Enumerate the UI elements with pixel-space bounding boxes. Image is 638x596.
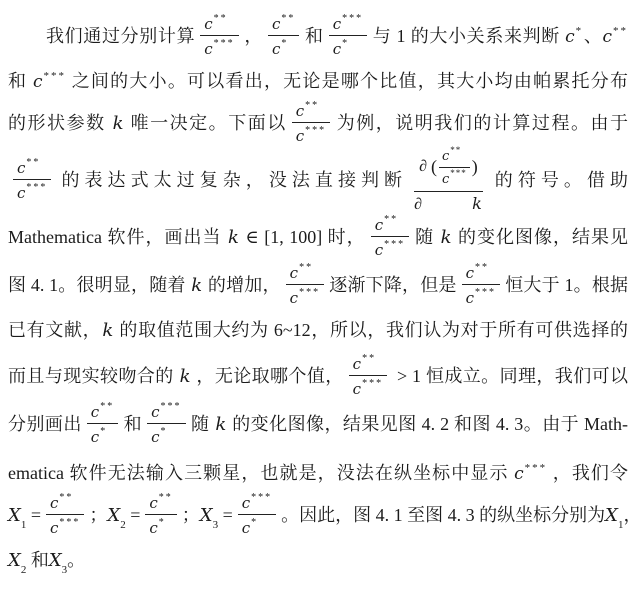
fraction-numerator: c** bbox=[292, 100, 330, 123]
c-variable-with-stars: c*** bbox=[204, 38, 234, 58]
fraction-numerator: c** bbox=[46, 492, 84, 515]
chi-subscript: 1 bbox=[618, 519, 624, 531]
text-run: ，我们令 bbox=[547, 463, 628, 483]
c-variable-with-stars: c** bbox=[466, 262, 489, 282]
stars-superscript: ** bbox=[475, 262, 489, 273]
fraction-numerator: c*** bbox=[147, 401, 185, 424]
text-run: 之间的大小。可以看出，无论是哪个比值，其大小均由帕累托分布 bbox=[66, 71, 628, 91]
fraction-denominator: c* bbox=[147, 424, 185, 447]
stars-superscript: * bbox=[576, 25, 584, 37]
c-variable: c bbox=[33, 72, 43, 92]
stars-superscript: *** bbox=[251, 492, 272, 503]
text-line: 和 c*** 之间的大小。可以看出，无论是哪个比值，其大小均由帕累托分布 bbox=[8, 56, 628, 99]
text-run: > 1 恒成立。同理，我们可以 bbox=[392, 366, 628, 386]
fraction: c***c* bbox=[329, 13, 367, 58]
fraction: c**c*** bbox=[286, 262, 324, 307]
stars-superscript: *** bbox=[43, 70, 66, 82]
left-paren: ( bbox=[431, 156, 437, 176]
fraction-denominator: c*** bbox=[292, 123, 330, 146]
c-variable: c bbox=[290, 264, 298, 282]
stars-superscript: ** bbox=[59, 492, 73, 503]
c-variable: c bbox=[333, 40, 341, 58]
chi-subscript: 3 bbox=[213, 519, 219, 531]
text-run: 和 bbox=[304, 26, 323, 46]
c-variable: c bbox=[466, 289, 474, 307]
fraction: c**c*** bbox=[349, 353, 387, 398]
text-run: 逐渐下降，但是 bbox=[329, 275, 457, 295]
c-variable-with-stars: c** bbox=[50, 492, 73, 512]
c-variable-with-stars: c*** bbox=[290, 287, 320, 307]
chi-subscript: 3 bbox=[62, 564, 68, 576]
c-variable-with-stars: c*** bbox=[296, 125, 326, 145]
text-line: 的形状参数 k 唯一决定。下面以c**c***为例，说明我们的计算过程。由于 bbox=[8, 99, 628, 147]
fraction-denominator: c*** bbox=[439, 168, 470, 189]
chi-symbol: X2 bbox=[107, 505, 125, 525]
chi-symbol: X3 bbox=[200, 505, 218, 525]
fraction-numerator: c** bbox=[439, 146, 470, 168]
stars-superscript: *** bbox=[342, 13, 363, 24]
fraction-denominator: c*** bbox=[371, 237, 409, 260]
text-run: = bbox=[126, 505, 141, 525]
text-run: 的表达式太过复杂，没法直接判断 bbox=[56, 170, 407, 190]
fraction-numerator: c** bbox=[268, 13, 299, 36]
c-variable: c bbox=[290, 289, 298, 307]
text-line: 我们通过分别计算c**c***，c**c*和c***c*与 1 的大小关系来判断… bbox=[8, 8, 628, 56]
chi-letter: X bbox=[8, 550, 21, 571]
stars-superscript: * bbox=[251, 517, 258, 528]
fraction: c**c* bbox=[268, 13, 299, 58]
c-variable-with-stars: c*** bbox=[33, 71, 66, 91]
stars-superscript: ** bbox=[362, 353, 376, 364]
text-run: 的变化图像，结果见图 4. 2 和图 4. 3。由于 Math- bbox=[227, 414, 628, 434]
stars-superscript: *** bbox=[525, 462, 548, 474]
c-variable: c bbox=[565, 27, 575, 47]
fraction-numerator: c*** bbox=[238, 492, 276, 515]
c-variable: c bbox=[17, 184, 25, 202]
text-run: 和 bbox=[8, 71, 33, 91]
right-paren: ) bbox=[472, 156, 478, 176]
c-variable-with-stars: c*** bbox=[17, 182, 47, 202]
document-page: 我们通过分别计算c**c***，c**c*和c***c*与 1 的大小关系来判断… bbox=[0, 0, 638, 582]
stars-superscript: *** bbox=[305, 125, 326, 136]
variable-k: k bbox=[227, 227, 240, 248]
stars-superscript: ** bbox=[214, 13, 228, 24]
text-run: 而且与现实较吻合的 bbox=[8, 366, 179, 386]
c-variable: c bbox=[296, 127, 304, 145]
stars-superscript: * bbox=[342, 38, 349, 49]
fraction-denominator: c*** bbox=[286, 285, 324, 308]
c-variable: c bbox=[514, 464, 524, 484]
fraction-denominator: c*** bbox=[349, 376, 387, 399]
fraction-denominator: c* bbox=[238, 515, 276, 538]
c-variable-with-stars: c** bbox=[17, 157, 40, 177]
fraction: c**c*** bbox=[13, 157, 51, 202]
fraction: c***c* bbox=[147, 401, 185, 446]
text-run: ，无论取哪个值， bbox=[192, 366, 344, 386]
fraction-numerator: c** bbox=[87, 401, 118, 424]
stars-superscript: *** bbox=[384, 239, 405, 250]
text-run: 的符号。借助 bbox=[490, 170, 628, 190]
c-variable: c bbox=[442, 172, 449, 187]
text-run: ， bbox=[624, 505, 638, 525]
c-variable-with-stars: c** bbox=[442, 147, 461, 164]
c-variable: c bbox=[272, 40, 280, 58]
stars-superscript: *** bbox=[26, 182, 47, 193]
variable-k: k bbox=[190, 275, 203, 296]
chi-letter: X bbox=[200, 505, 213, 526]
text-run: 随 bbox=[414, 227, 440, 247]
fraction: c**c*** bbox=[200, 13, 238, 58]
stars-superscript: * bbox=[100, 426, 107, 437]
fraction-numerator: c** bbox=[371, 214, 409, 237]
fraction-numerator: c** bbox=[200, 13, 238, 36]
text-run: Mathematica 软件，画出当 bbox=[8, 227, 227, 247]
c-variable-with-stars: c*** bbox=[466, 287, 496, 307]
c-variable-with-stars: c** bbox=[149, 492, 172, 512]
c-variable: c bbox=[151, 428, 159, 446]
text-run: 。 bbox=[67, 550, 85, 570]
c-variable-with-stars: c*** bbox=[353, 378, 383, 398]
fraction: c**c*** bbox=[462, 262, 500, 307]
c-variable-with-stars: c* bbox=[91, 426, 107, 446]
stars-superscript: ** bbox=[281, 13, 295, 24]
c-variable: c bbox=[149, 494, 157, 512]
c-variable: c bbox=[375, 216, 383, 234]
c-variable-with-stars: c* bbox=[151, 426, 167, 446]
fraction: c**c*** bbox=[46, 492, 84, 537]
text-run: = bbox=[218, 505, 233, 525]
c-variable-with-stars: c** bbox=[375, 214, 398, 234]
text-run: = bbox=[26, 505, 41, 525]
variable-k: k bbox=[112, 113, 125, 134]
c-variable: c bbox=[151, 403, 159, 421]
text-run: 和 bbox=[26, 550, 49, 570]
stars-superscript: ** bbox=[100, 401, 114, 412]
c-variable: c bbox=[50, 494, 58, 512]
text-run: ； bbox=[89, 505, 107, 525]
text-run: ， bbox=[244, 26, 263, 46]
text-run: 我们通过分别计算 bbox=[46, 26, 195, 46]
fraction: c**c* bbox=[145, 492, 176, 537]
fraction-numerator: c*** bbox=[329, 13, 367, 36]
c-variable: c bbox=[91, 428, 99, 446]
stars-superscript: *** bbox=[161, 401, 182, 412]
fraction: c***c* bbox=[238, 492, 276, 537]
stars-superscript: *** bbox=[59, 517, 80, 528]
pfrac-numerator: ∂ (c**c***) bbox=[414, 146, 483, 191]
c-variable: c bbox=[353, 355, 361, 373]
stars-superscript: ** bbox=[26, 157, 40, 168]
stars-superscript: *** bbox=[362, 378, 383, 389]
fraction-denominator: c*** bbox=[200, 36, 238, 59]
c-variable: c bbox=[50, 519, 58, 537]
stars-superscript: * bbox=[159, 517, 166, 528]
stars-superscript: *** bbox=[450, 168, 467, 178]
c-variable-with-stars: c** bbox=[290, 262, 313, 282]
chi-symbol: X3 bbox=[49, 550, 67, 570]
chi-letter: X bbox=[107, 505, 120, 526]
c-variable-with-stars: c*** bbox=[242, 492, 272, 512]
c-variable-with-stars: c** bbox=[296, 100, 319, 120]
text-line: 已有文献，k 的取值范围大约为 6~12，所以，我们认为对于所有可供选择的 bbox=[8, 309, 628, 352]
c-variable: c bbox=[353, 380, 361, 398]
text-run: 的增加， bbox=[203, 275, 280, 295]
fraction: c**c*** bbox=[371, 214, 409, 259]
text-run: 的变化图像，结果见 bbox=[453, 227, 629, 247]
text-run: 已有文献， bbox=[8, 320, 101, 340]
c-variable: c bbox=[466, 264, 474, 282]
variable-k: k bbox=[101, 320, 114, 341]
chi-letter: X bbox=[605, 505, 618, 526]
fraction-denominator: c*** bbox=[462, 285, 500, 308]
stars-superscript: * bbox=[281, 38, 288, 49]
c-variable-with-stars: c* bbox=[272, 38, 288, 58]
c-variable: c bbox=[602, 27, 612, 47]
fraction-numerator: c** bbox=[13, 157, 51, 180]
pfrac-denominator: ∂ k bbox=[414, 192, 483, 214]
variable-k: k bbox=[214, 414, 227, 435]
fraction: c**c*** bbox=[439, 146, 470, 188]
text-run: 、 bbox=[583, 26, 602, 46]
text-run: 唯一决定。下面以 bbox=[125, 113, 287, 133]
c-variable: c bbox=[91, 403, 99, 421]
chi-subscript: 2 bbox=[21, 564, 27, 576]
c-variable-with-stars: c*** bbox=[50, 517, 80, 537]
variable-k: k bbox=[440, 227, 453, 248]
text-run: 分别画出 bbox=[8, 414, 82, 434]
c-variable-with-stars: c*** bbox=[442, 170, 467, 187]
text-run: 随 bbox=[191, 414, 215, 434]
c-variable-with-stars: c** bbox=[272, 13, 295, 33]
chi-letter: X bbox=[49, 550, 62, 571]
stars-superscript: *** bbox=[475, 287, 496, 298]
text-run: ematica 软件无法输入三颗星，也就是，没法在纵坐标中显示 bbox=[8, 463, 514, 483]
text-line: Mathematica 软件，画出当 k ∈ [1, 100] 时，c**c**… bbox=[8, 213, 628, 261]
fraction-denominator: c*** bbox=[13, 180, 51, 203]
fraction: c**c*** bbox=[292, 100, 330, 145]
stars-superscript: ** bbox=[159, 492, 173, 503]
c-variable-with-stars: c* bbox=[242, 517, 258, 537]
text-run: 与 1 的大小关系来判断 bbox=[372, 26, 565, 46]
text-run: ； bbox=[182, 505, 200, 525]
text-line: X2 和X3。 bbox=[8, 539, 628, 582]
stars-superscript: ** bbox=[305, 100, 319, 111]
c-variable-with-stars: c* bbox=[149, 517, 165, 537]
c-variable: c bbox=[242, 519, 250, 537]
fraction-denominator: c* bbox=[87, 424, 118, 447]
c-variable: c bbox=[204, 40, 212, 58]
chi-symbol: X2 bbox=[8, 550, 26, 570]
text-run: ∈ [1, 100] 时， bbox=[240, 227, 366, 247]
c-variable-with-stars: c** bbox=[602, 26, 628, 46]
chi-subscript: 1 bbox=[21, 519, 27, 531]
partial-symbol: ∂ bbox=[419, 158, 431, 175]
fraction: c**c* bbox=[87, 401, 118, 446]
text-line: c**c***的表达式太过复杂，没法直接判断∂ (c**c***)∂ k的符号。… bbox=[8, 147, 628, 213]
chi-subscript: 2 bbox=[120, 519, 126, 531]
variable-k: k bbox=[471, 194, 483, 213]
c-variable-with-stars: c** bbox=[91, 401, 114, 421]
text-run: 。因此，图 4. 1 至图 4. 3 的纵坐标分别为 bbox=[281, 505, 605, 525]
text-line: X1 =c**c***；X2 =c**c*；X3 =c***c*。因此，图 4.… bbox=[8, 491, 628, 539]
text-run: 图 4. 1。很明显，随着 bbox=[8, 275, 190, 295]
c-variable: c bbox=[272, 15, 280, 33]
c-variable-with-stars: c*** bbox=[375, 239, 405, 259]
c-variable-with-stars: c** bbox=[353, 353, 376, 373]
chi-symbol: X1 bbox=[605, 505, 623, 525]
c-variable-with-stars: c*** bbox=[514, 463, 547, 483]
c-variable: c bbox=[333, 15, 341, 33]
text-run: 的取值范围大约为 6~12，所以，我们认为对于所有可供选择的 bbox=[114, 320, 628, 340]
fraction-numerator: c** bbox=[349, 353, 387, 376]
stars-superscript: ** bbox=[613, 25, 628, 37]
c-variable: c bbox=[442, 149, 449, 164]
text-line: ematica 软件无法输入三颗星，也就是，没法在纵坐标中显示 c*** ，我们… bbox=[8, 448, 628, 491]
chi-letter: X bbox=[8, 505, 21, 526]
stars-superscript: *** bbox=[299, 287, 320, 298]
stars-superscript: ** bbox=[450, 145, 461, 155]
fraction-denominator: c* bbox=[268, 36, 299, 59]
c-variable: c bbox=[375, 241, 383, 259]
stars-superscript: *** bbox=[214, 38, 235, 49]
fraction-denominator: c* bbox=[145, 515, 176, 538]
text-line: 分别画出c**c*和c***c*随 k 的变化图像，结果见图 4. 2 和图 4… bbox=[8, 400, 628, 448]
c-variable: c bbox=[242, 494, 250, 512]
text-run: 为例，说明我们的计算过程。由于 bbox=[335, 113, 628, 133]
fraction-denominator: c* bbox=[329, 36, 367, 59]
c-variable: c bbox=[296, 102, 304, 120]
c-variable-with-stars: c*** bbox=[151, 401, 181, 421]
variable-k: k bbox=[179, 366, 192, 387]
partial-symbol: ∂ bbox=[414, 196, 471, 213]
stars-superscript: * bbox=[161, 426, 168, 437]
text-line: 而且与现实较吻合的 k ，无论取哪个值，c**c*** > 1 恒成立。同理，我… bbox=[8, 352, 628, 400]
c-variable-with-stars: c*** bbox=[333, 13, 363, 33]
c-variable: c bbox=[17, 159, 25, 177]
c-variable-with-stars: c* bbox=[565, 26, 583, 46]
c-variable-with-stars: c** bbox=[204, 13, 227, 33]
stars-superscript: ** bbox=[384, 214, 398, 225]
fraction-denominator: c*** bbox=[46, 515, 84, 538]
stars-superscript: ** bbox=[299, 262, 313, 273]
text-run: 的形状参数 bbox=[8, 113, 112, 133]
text-line: 图 4. 1。很明显，随着 k 的增加，c**c***逐渐下降，但是c**c**… bbox=[8, 261, 628, 309]
text-run: 和 bbox=[123, 414, 142, 434]
text-run: 恒大于 1。根据 bbox=[505, 275, 628, 295]
fraction-numerator: c** bbox=[145, 492, 176, 515]
c-variable-with-stars: c* bbox=[333, 38, 349, 58]
c-variable: c bbox=[204, 15, 212, 33]
fraction-numerator: c** bbox=[286, 262, 324, 285]
partial-derivative-fraction: ∂ (c**c***)∂ k bbox=[414, 146, 483, 214]
chi-symbol: X1 bbox=[8, 505, 26, 525]
fraction-numerator: c** bbox=[462, 262, 500, 285]
c-variable: c bbox=[149, 519, 157, 537]
